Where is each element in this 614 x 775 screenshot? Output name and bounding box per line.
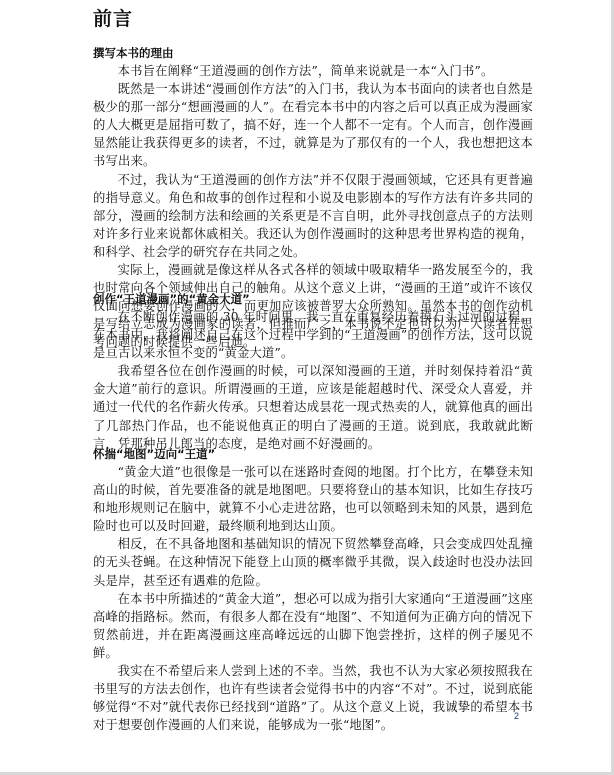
paragraph: 相反，在不具备地图和基础知识的情况下贸然攀登高峰，只会变成四处乱撞的无头苍蝇。在…: [93, 535, 533, 589]
paragraph: 在不断创作漫画的 30 年时间里，我一直在重复经历着摸石头过河的过程。在本书中，…: [93, 308, 533, 362]
section-heading: 怀揣“地图”迈向“王道”: [93, 445, 533, 463]
paragraph: 既然是一本讲述“漫画创作方法”的入门书，我认为本书面向的读者也自然是极少的那一部…: [93, 80, 533, 170]
page-title: 前言: [93, 4, 133, 31]
paragraph: 不过，我认为“王道漫画的创作方法”并不仅限于漫画领域，它还具有更普遍的指导意义。…: [93, 171, 533, 261]
section-heading: 撰写本书的理由: [93, 44, 533, 62]
section-golden-road: 创作“王道漫画”的“黄金大道” 在不断创作漫画的 30 年时间里，我一直在重复经…: [93, 290, 533, 453]
page-number: 2: [514, 711, 519, 721]
paragraph: 在本书中所描述的“黄金大道”，想必可以成为指引大家通向“王道漫画”这座高峰的指路…: [93, 590, 533, 662]
paragraph: 本书旨在阐释“王道漫画的创作方法”，简单来说就是一本“入门书”。: [93, 62, 533, 80]
paragraph: 我实在不希望后来人尝到上述的不幸。当然，我也不认为大家必须按照我在书里写的方法去…: [93, 662, 533, 734]
paragraph: 我希望各位在创作漫画的时候，可以深知漫画的王道，并时刻保持着沿“黄金大道”前行的…: [93, 362, 533, 452]
section-map-to-royal-road: 怀揣“地图”迈向“王道” “黄金大道”也很像是一张可以在迷路时查阅的地图。打个比…: [93, 445, 533, 734]
paragraph: “黄金大道”也很像是一张可以在迷路时查阅的地图。打个比方，在攀登未知高山的时候，…: [93, 463, 533, 535]
document-page: 前言 撰写本书的理由 本书旨在阐释“王道漫画的创作方法”，简单来说就是一本“入门…: [0, 0, 614, 775]
section-heading: 创作“王道漫画”的“黄金大道”: [93, 290, 533, 308]
